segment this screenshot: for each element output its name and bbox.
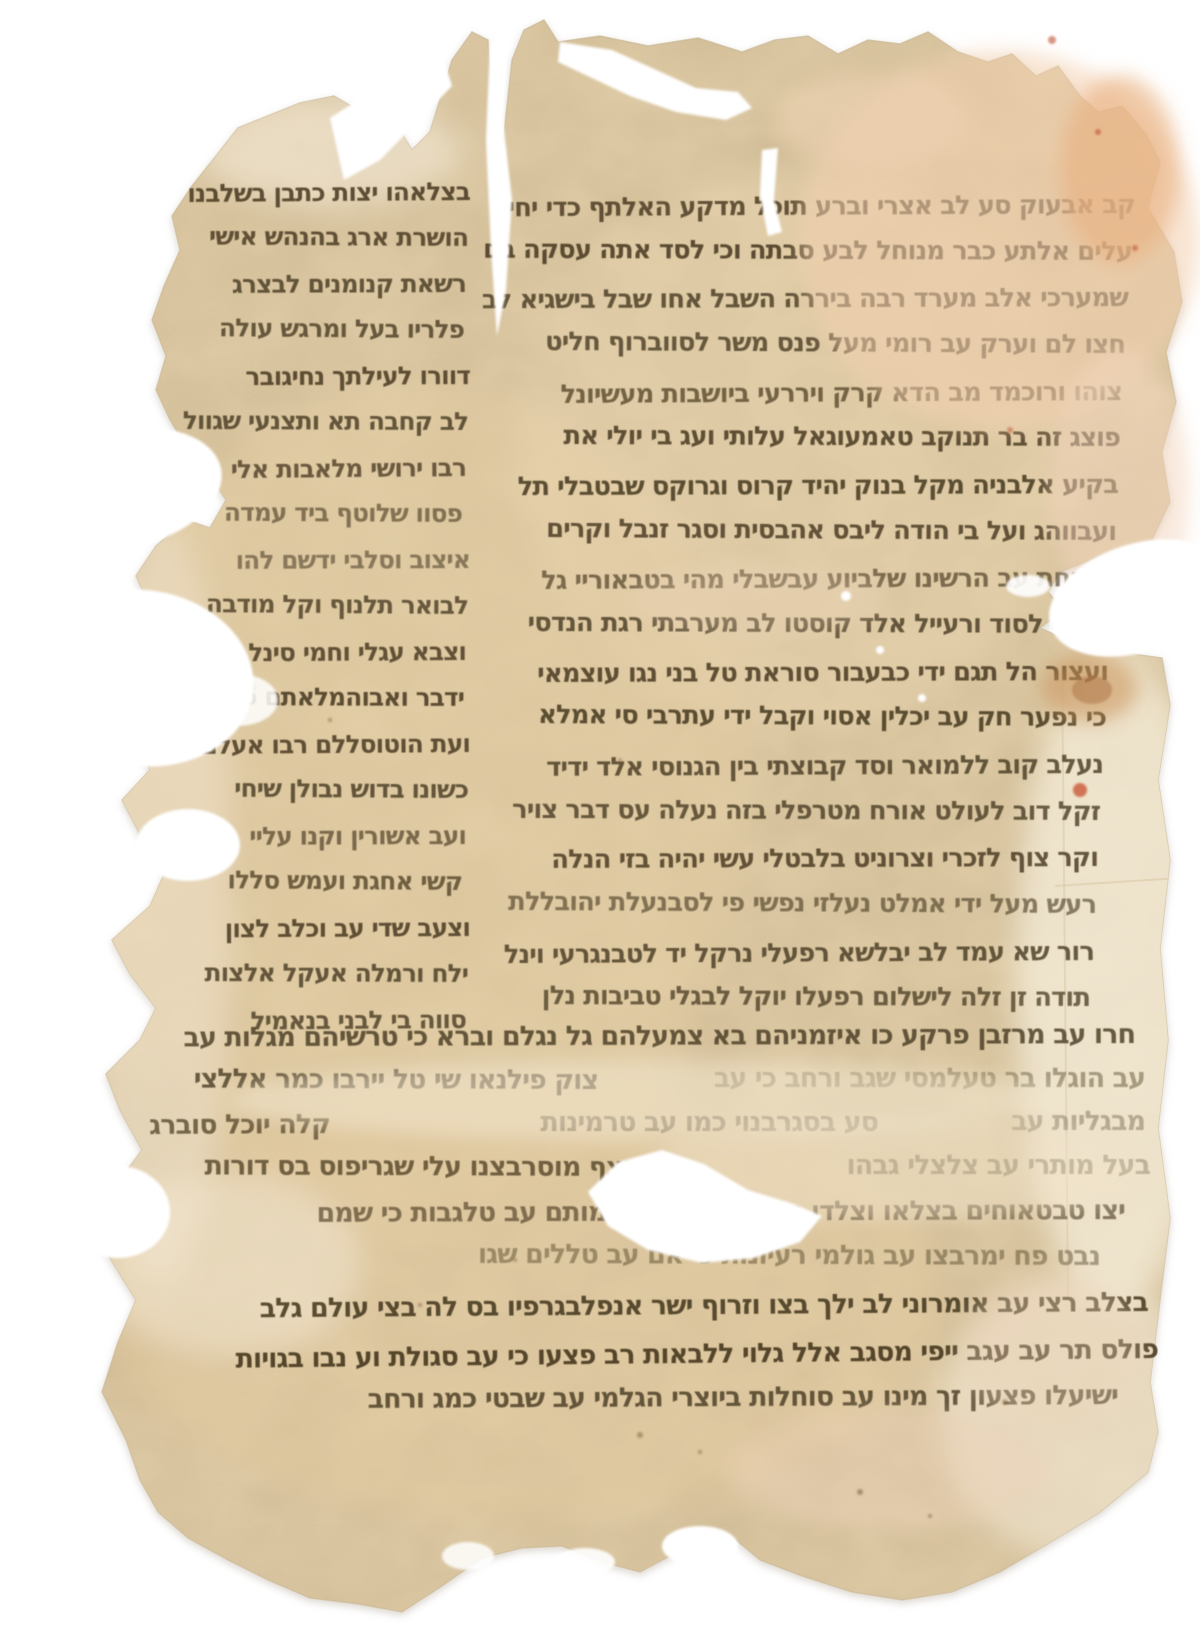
ink-speck: [928, 1514, 932, 1518]
manuscript-line: וצעב שדי עב וכלב לצון: [225, 913, 470, 943]
manuscript-line: חרו עב מרזבן פרקע כו איזמניהם בא צמעלהם …: [183, 1019, 1135, 1053]
red-speckle: [1095, 129, 1101, 135]
manuscript-line: לב קחבה תא ותצנעי שגוול: [183, 406, 468, 436]
manuscript-line: רעש מעל ידי אמלט נעלזי נפשי פי לסבנעלת י…: [508, 887, 1096, 920]
manuscript-line: ועבווהג ועל בי הודה ליבס אהבסית וסגר זנב…: [546, 514, 1116, 547]
edge-bite-left: [66, 1166, 170, 1258]
ink-speck: [928, 858, 932, 862]
worm-hole: [918, 694, 926, 702]
manuscript-line: כי נפער חק עב יכלין אסוי וקבל ידי עתרבי …: [538, 700, 1106, 733]
ink-speck: [1002, 1399, 1008, 1405]
manuscript-line: תודה זן זלה לישלום רפעלו יוקל לבגלי טביב…: [542, 981, 1090, 1013]
edge-nick: [1006, 575, 1050, 597]
edge-nick-bottom: [555, 1548, 615, 1576]
manuscript-line: ועת הוטוסללם רבו אעלם: [200, 729, 470, 760]
ink-speck: [513, 1258, 517, 1262]
ink-speck: [618, 758, 622, 762]
manuscript-line: בצלאהו יצות כתבן בשלבנו: [187, 177, 471, 208]
stain-smudge: [630, 564, 890, 636]
manuscript-line: רבו ירושי מלאבות אלי: [230, 453, 466, 484]
manuscript-line: וקר צוף לזכרי וצרוניט בלבטלי עשי יהיה בז…: [551, 843, 1098, 875]
manuscript-line: הושרת ארג בהנהש אישי: [209, 222, 468, 252]
ink-speck: [857, 1489, 863, 1495]
worm-hole: [841, 591, 851, 601]
stain-pink: [775, 70, 965, 170]
manuscript-line: איצוב וסלבי ידשם להו: [235, 545, 470, 575]
manuscript-line: זקל דוב לעולט אורח מטרפלי בזה נעלה עס דב…: [512, 795, 1101, 827]
red-spot: [1073, 783, 1087, 797]
manuscript-line: פלריו בעל ומרגש עולה: [219, 313, 465, 344]
manuscript-line: כשונו בדוש נבולן שיחי: [234, 774, 468, 804]
stain-brown-core: [1072, 676, 1112, 704]
red-speckle: [1007, 427, 1013, 433]
edge-nick-bottom: [442, 1542, 494, 1570]
ink-speck: [637, 1432, 643, 1438]
stain-orange-topright: [1060, 75, 1180, 265]
manuscript-line: בקיע אלבניה מקל בנוק יהיד קרוס וגרוקס שב…: [518, 470, 1119, 502]
manuscript-line: רור שא עמד לב יבלשא רפעלי נרקל יד לטבנגר…: [504, 937, 1094, 970]
manuscript-line: לבואר תלנוף וקל מודבה: [206, 589, 468, 620]
ink-speck: [418, 1303, 422, 1307]
manuscript-line: קשי אחגת ועמש סללו: [227, 865, 462, 896]
red-speckle: [1048, 36, 1056, 44]
edge-bite-left: [198, 674, 278, 726]
manuscript-line: ילח ורמלה אעקל אלצות: [204, 958, 468, 988]
manuscript-scan-page: בצלאהו יצות כתבן בשלבנוהושרת ארג בהנהש א…: [0, 0, 1200, 1641]
stain-pink: [960, 1270, 1140, 1430]
manuscript-line: רשאת קנומנים לבצרג: [232, 269, 466, 299]
manuscript-scan: בצלאהו יצות כתבן בשלבנוהושרת ארג בהנהש א…: [0, 0, 1200, 1641]
worm-hole: [876, 646, 884, 654]
manuscript-line: וצבא עגלי וחמי סינל: [248, 637, 466, 667]
manuscript-line: נעלב קוב ללמואר וסד קבוצתי בין הגנוסי אל…: [546, 750, 1103, 783]
manuscript-line: סצף מוסרבצנו עלי שגריפוס בס דורות: [204, 1150, 640, 1183]
manuscript-line: פסוו שלוטף ביד עמדה: [224, 498, 463, 528]
edge-bite-left: [136, 809, 240, 881]
ink-speck: [328, 718, 332, 722]
manuscript-line: ועב אשורין וקנו עליי: [249, 821, 466, 851]
manuscript-line: ועצור הל תגם ידי כבעבור סוראת טל בני נגו…: [537, 657, 1108, 689]
manuscript-line: דוורו לעילתך נחיגובר: [245, 361, 470, 391]
edge-nick-bottom: [662, 1526, 738, 1566]
red-speckle: [1132, 245, 1138, 251]
stain-pink-bottom: [730, 1410, 1050, 1530]
ink-speck: [698, 1450, 702, 1454]
